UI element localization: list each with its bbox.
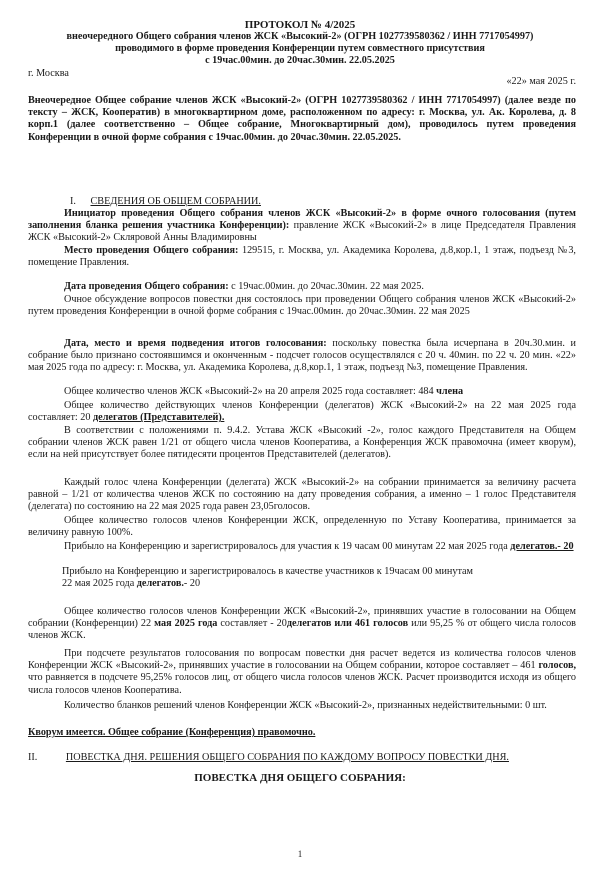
discussion-paragraph: Очное обсуждение вопросов повестки дня с… [28,294,576,318]
delegates-unit: делегатов (Представителей). [93,412,224,423]
members-paragraph: Общее количество членов ЖСК «Высокий-2» … [28,386,576,398]
arrived-delegates-1: делегатов.- 20 [510,541,573,552]
invalid-ballots-paragraph: Количество бланков решений членов Конфер… [28,700,576,712]
date-label: Дата проведения Общего собрания: [64,281,229,292]
section-1-title: СВЕДЕНИЯ ОБ ОБЩЕМ СОБРАНИИ. [91,196,261,207]
section-1-number: I. [70,196,76,207]
protocol-subtitle-1: внеочередного Общего собрания членов ЖСК… [0,31,600,43]
arrived-paragraph-1: Прибыло на Конференцию и зарегистрировал… [28,541,576,553]
charter-paragraph: В соответствии с положениями п. 9.4.2. У… [28,425,576,462]
place-paragraph: Место проведения Общего собрания: 129515… [28,245,576,269]
agenda-title: ПОВЕСТКА ДНЯ ОБЩЕГО СОБРАНИЯ: [0,772,600,784]
section-2-number: II. [28,752,37,763]
date-value: с 19час.00мин. до 20час.30мин. 22 мая 20… [229,281,424,292]
participated-paragraph: Общее количество голосов членов Конферен… [28,606,576,643]
arrived-delegates-2: делегатов. [137,578,184,589]
section-2-heading: II. ПОВЕСТКА ДНЯ. РЕШЕНИЯ ОБЩЕГО СОБРАНИ… [28,752,509,764]
section-2-title: ПОВЕСТКА ДНЯ. РЕШЕНИЯ ОБЩЕГО СОБРАНИЯ ПО… [66,752,509,763]
date-paragraph: Дата проведения Общего собрания: с 19час… [28,281,576,293]
protocol-title: ПРОТОКОЛ № 4/2025 [0,19,600,31]
vote-weight-paragraph: Каждый голос члена Конференции (делегата… [28,477,576,514]
quorum-statement: Кворум имеется. Общее собрание (Конферен… [28,727,315,739]
document-page: ПРОТОКОЛ № 4/2025 внеочередного Общего с… [0,0,600,880]
section-1-heading: I. СВЕДЕНИЯ ОБ ОБЩЕМ СОБРАНИИ. [70,196,261,208]
count-paragraph: При подсчете результатов голосования по … [28,648,576,697]
page-number: 1 [0,848,600,860]
results-label: Дата, место и время подведения итогов го… [64,338,327,349]
members-count-unit: члена [436,386,463,397]
place-label: Место проведения Общего собрания: [64,245,238,256]
protocol-subtitle-3: с 19час.00мин. до 20час.30мин. 22.05.202… [0,55,600,67]
city: г. Москва [28,68,69,80]
document-date: «22» мая 2025 г. [506,76,576,88]
protocol-subtitle-2: проводимого в форме проведения Конференц… [0,43,600,55]
total-votes-paragraph: Общее количество голосов членов Конферен… [28,515,576,539]
participated-votes: делегатов или 461 голосов [287,618,408,629]
initiator-paragraph: Инициатор проведения Общего собрания чле… [28,208,576,245]
delegates-paragraph: Общее количество действующих членов Конф… [28,400,576,424]
arrived-paragraph-2: Прибыло на Конференцию и зарегистрировал… [62,566,473,590]
intro-paragraph: Внеочередное Общее собрание членов ЖСК «… [28,95,576,144]
results-paragraph: Дата, место и время подведения итогов го… [28,338,576,375]
